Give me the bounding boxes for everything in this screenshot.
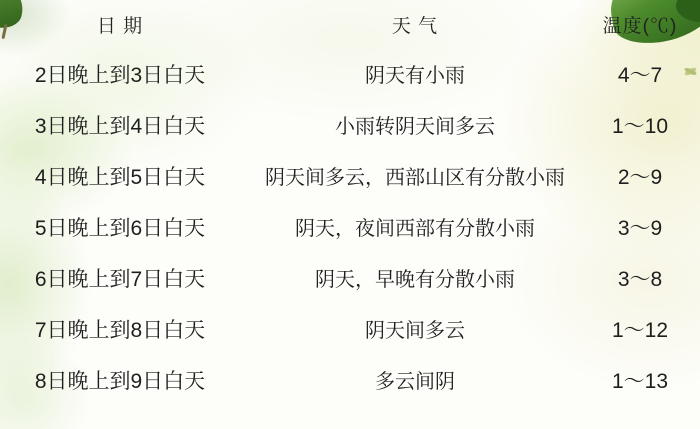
table-row: 6日晚上到7日白天 阴天，早晚有分散小雨 3～8 [0,252,690,303]
table-row: 3日晚上到4日白天 小雨转阴天间多云 1～10 [0,99,690,150]
forecast-table: 日 期 天 气 温度(℃) 2日晚上到3日白天 阴天有小雨 4～7 3日晚上到4… [0,0,700,429]
table-row: 5日晚上到6日白天 阴天，夜间西部有分散小雨 3～9 [0,201,690,252]
table-row: 2日晚上到3日白天 阴天有小雨 4～7 [0,48,690,99]
temp-cell: 4～7 [590,59,690,89]
temp-cell: 1～13 [590,365,690,395]
column-header-date: 日 期 [0,11,240,38]
date-cell: 7日晚上到8日白天 [0,314,240,344]
weather-cell: 阴天，夜间西部有分散小雨 [240,212,590,241]
weather-cell: 多云间阴 [240,365,590,394]
column-header-temp: 温度(℃) [590,11,690,38]
temp-cell: 1～12 [590,314,690,344]
date-cell: 8日晚上到9日白天 [0,365,240,395]
date-cell: 6日晚上到7日白天 [0,263,240,293]
weather-cell: 小雨转阴天间多云 [240,110,590,139]
table-row: 7日晚上到8日白天 阴天间多云 1～12 [0,303,690,354]
temp-cell: 3～8 [590,263,690,293]
temp-cell: 3～9 [590,212,690,242]
weather-cell: 阴天间多云 [240,314,590,343]
weather-cell: 阴天间多云，西部山区有分散小雨 [240,161,590,190]
temp-cell: 2～9 [590,161,690,191]
date-cell: 2日晚上到3日白天 [0,59,240,89]
date-cell: 3日晚上到4日白天 [0,110,240,140]
weather-forecast-page: 日 期 天 气 温度(℃) 2日晚上到3日白天 阴天有小雨 4～7 3日晚上到4… [0,0,700,429]
temp-cell: 1～10 [590,110,690,140]
column-header-weather: 天 气 [240,11,590,38]
date-cell: 5日晚上到6日白天 [0,212,240,242]
table-row: 8日晚上到9日白天 多云间阴 1～13 [0,354,690,405]
table-header-row: 日 期 天 气 温度(℃) [0,0,690,48]
weather-cell: 阴天有小雨 [240,59,590,88]
weather-cell: 阴天，早晚有分散小雨 [240,263,590,292]
date-cell: 4日晚上到5日白天 [0,161,240,191]
table-row: 4日晚上到5日白天 阴天间多云，西部山区有分散小雨 2～9 [0,150,690,201]
